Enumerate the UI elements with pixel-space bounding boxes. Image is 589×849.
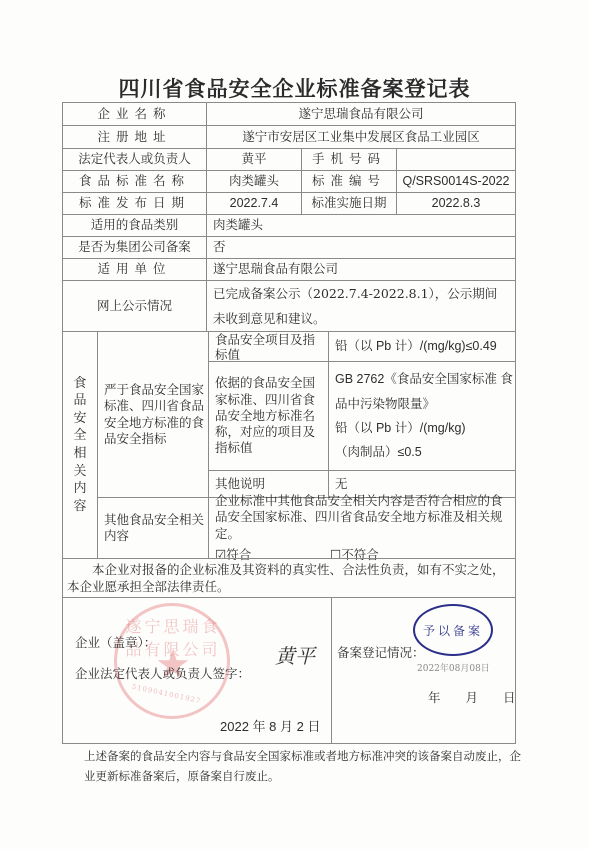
- side-char: 安: [73, 410, 86, 428]
- company-seal-label: 企业（盖章）：: [75, 633, 156, 651]
- standard-name-value: 肉类罐头: [206, 170, 302, 193]
- other-content-text: 企业标准中其他食品安全相关内容是否符合相应的食品安全国家标准、四川省食品安全地方…: [215, 493, 509, 544]
- applicable-unit-label: 适用单位: [62, 258, 207, 281]
- other-content-label: 其他食品安全相关内容: [97, 497, 209, 559]
- filing-form-page: 四川省食品安全企业标准备案登记表 企业名称 遂宁思瑞食品有限公司 注册地址 遂宁…: [0, 0, 589, 849]
- group-filing-label: 是否为集团公司备案: [62, 236, 207, 259]
- side-char: 容: [73, 498, 86, 516]
- standard-no-value: Q/SRS0014S-2022: [396, 170, 516, 193]
- declaration-text: 本企业对报备的企业标准及其资料的真实性、合法性负责，如有不实之处，本企业愿承担全…: [62, 558, 516, 598]
- legal-rep-label: 法定代表人或负责人: [62, 148, 207, 171]
- safety-item-label: 食品安全项目及指标值: [208, 331, 329, 362]
- company-name-label: 企业名称: [62, 102, 207, 126]
- stricter-indicators-label: 严于食品安全国家标准、四川省食品安全地方标准的食品安全指标: [97, 331, 209, 498]
- applicable-unit-value: 遂宁思瑞食品有限公司: [206, 258, 516, 281]
- side-char: 相: [73, 445, 86, 463]
- filing-status-label: 备案登记情况：: [337, 643, 425, 661]
- basis-standard-label: 依据的食品安全国家标准、四川省食品安全地方标准名称，对应的项目及指标值: [208, 361, 329, 471]
- food-category-label: 适用的食品类别: [62, 214, 207, 237]
- filing-date-placeholder: 年 月 日: [428, 688, 516, 706]
- basis-line: GB 2762《食品安全国家标准 食: [335, 367, 513, 391]
- phone-label: 手机号码: [301, 148, 397, 171]
- other-content-value: 企业标准中其他食品安全相关内容是否符合相应的食品安全国家标准、四川省食品安全地方…: [208, 497, 516, 559]
- signer-label: 企业法定代表人或负责人签字：: [75, 664, 250, 682]
- address-label: 注册地址: [62, 125, 207, 149]
- effective-date-label: 标准实施日期: [301, 192, 397, 215]
- group-filing-value: 否: [206, 236, 516, 259]
- side-char: 食: [73, 375, 86, 393]
- side-char: 品: [73, 392, 86, 410]
- approved-stamp: 予以备案: [413, 604, 493, 656]
- effective-date-value: 2022.8.3: [396, 192, 516, 215]
- standard-no-label: 标准编号: [301, 170, 397, 193]
- signature-date: 2022 年 8 月 2 日: [220, 716, 320, 735]
- online-notice-value: 已完成备案公示（2022.7.4-2022.8.1），公示期间未收到意见和建议。: [206, 280, 516, 332]
- online-notice-label: 网上公示情况: [62, 280, 207, 332]
- basis-line: 铅（以 Pb 计）/(mg/kg): [335, 416, 466, 440]
- page-title: 四川省食品安全企业标准备案登记表: [0, 73, 589, 103]
- basis-line: （肉制品）≤0.5: [335, 440, 422, 464]
- company-seal-stamp: 遂宁思瑞食品有限公司 ★ 5109041001927: [114, 603, 230, 719]
- phone-value: [396, 148, 516, 171]
- safety-item-value: 铅（以 Pb 计）/(mg/kg)≤0.49: [328, 331, 516, 362]
- side-char: 关: [73, 463, 86, 481]
- legal-rep-value: 黄平: [206, 148, 302, 171]
- food-category-value: 肉类罐头: [206, 214, 516, 237]
- standard-name-label: 食品标准名称: [62, 170, 207, 193]
- side-char: 内: [73, 480, 86, 498]
- basis-line: 品中污染物限量》: [335, 392, 435, 416]
- safety-section-side-label: 食 品 安 全 相 关 内 容: [62, 331, 98, 559]
- approved-stamp-date: 2022年08月08日: [417, 661, 490, 674]
- basis-standard-value: GB 2762《食品安全国家标准 食 品中污染物限量》 铅（以 Pb 计）/(m…: [328, 361, 516, 471]
- signer-handwriting: 黄平: [275, 640, 315, 669]
- side-char: 全: [73, 427, 86, 445]
- footnote-text: 上述备案的食品安全内容与食品安全国家标准或者地方标准冲突的该备案自动废止，企业更…: [84, 746, 524, 786]
- publish-date-value: 2022.7.4: [206, 192, 302, 215]
- publish-date-label: 标准发布日期: [62, 192, 207, 215]
- address-value: 遂宁市安居区工业集中发展区食品工业园区: [206, 125, 516, 149]
- company-name-value: 遂宁思瑞食品有限公司: [206, 102, 516, 126]
